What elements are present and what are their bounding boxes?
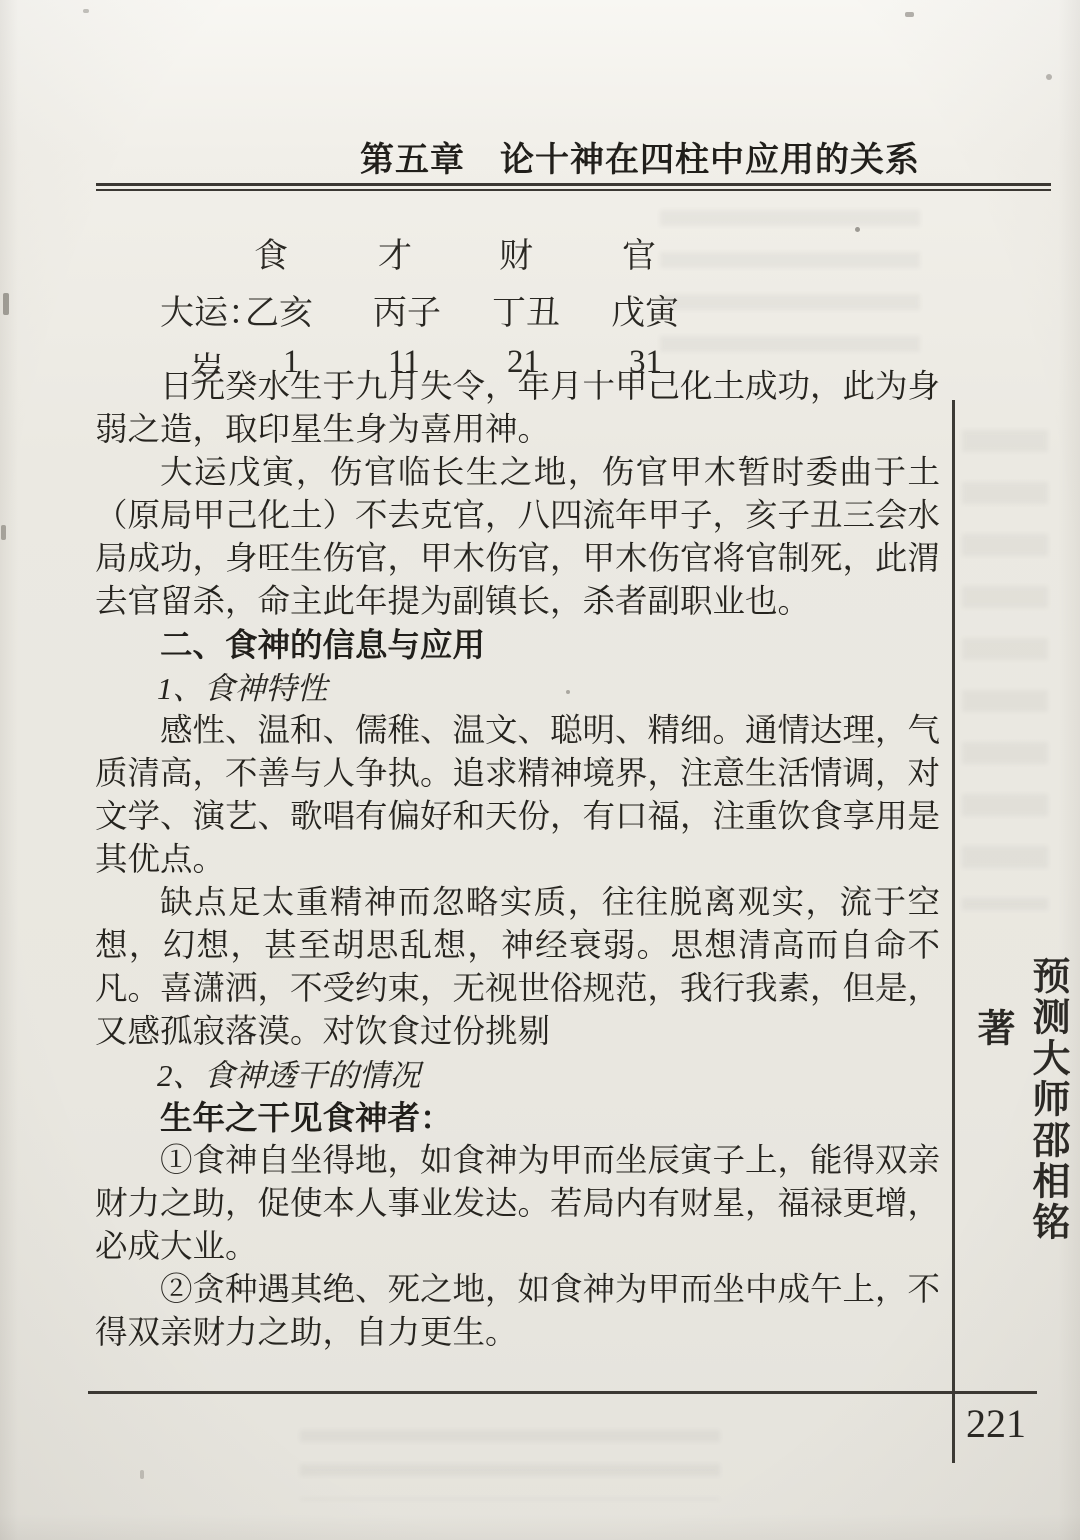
body-text: 日元癸水生于九月失令，年月十甲己化土成功，此为身弱之造，取印星生身为喜用神。 大… xyxy=(95,366,940,1355)
scan-speck xyxy=(140,1470,144,1479)
bleed-through-artifact xyxy=(300,1430,720,1500)
paragraph-day-master: 日元癸水生于九月失令，年月十甲己化土成功，此为身弱之造，取印星生身为喜用神。 xyxy=(95,366,940,452)
bleed-through-artifact xyxy=(660,210,920,360)
book-page: 第五章 论十神在四柱中应用的关系 食 才 财 官 大运： 乙亥 丙子 丁丑 戊寅… xyxy=(0,0,1080,1540)
author-name: 预测大师邵相铭 xyxy=(1026,956,1071,1243)
scan-speck xyxy=(83,9,89,13)
section-heading: 二、食神的信息与应用 xyxy=(95,624,940,667)
scan-speck xyxy=(905,12,914,17)
bazi-pillar-1: 乙亥 xyxy=(245,285,313,334)
subsection-heading-2: 2、食神透干的情况 xyxy=(95,1054,940,1097)
scan-speck xyxy=(3,293,9,315)
paragraph-dayun-analysis: 大运戊寅，伤官临长生之地，伤官甲木暂时委曲于土（原局甲己化土）不去克官，八四流年… xyxy=(95,452,940,624)
author-suffix: 著 xyxy=(971,1008,1016,1049)
bazi-star-2: 才 xyxy=(378,228,412,277)
scan-speck xyxy=(1,525,6,540)
paragraph-traits: 感性、温和、儒稚、温文、聪明、精细。通情达理，气质清高，不善与人争执。追求精神境… xyxy=(95,710,940,882)
scan-speck xyxy=(1046,74,1052,80)
header-rule-bottom xyxy=(96,189,1051,191)
bazi-pillar-3: 丁丑 xyxy=(492,285,560,334)
bazi-pillar-4: 戊寅 xyxy=(611,285,679,334)
page-number: 221 xyxy=(966,1400,1050,1447)
paragraph-item-2: ②贪种遇其绝、死之地，如食神为甲而坐中成午上，不得双亲财力之助，自力更生。 xyxy=(95,1269,940,1355)
footer-rule xyxy=(88,1391,1037,1394)
bazi-star-4: 官 xyxy=(622,228,656,277)
margin-vertical-rule xyxy=(952,400,955,1463)
subsection-heading-1: 1、食神特性 xyxy=(95,667,940,710)
chapter-title: 第五章 论十神在四柱中应用的关系 xyxy=(200,132,1080,181)
sidebar-author: 预测大师邵相铭 著 xyxy=(966,956,1076,1376)
header-rule-top xyxy=(96,183,1051,186)
paragraph-weaknesses: 缺点足太重精神而忽略实质，往往脱离观实，流于空想，幻想，甚至胡思乱想，神经衰弱。… xyxy=(95,882,940,1054)
lead-line: 生年之干见食神者： xyxy=(95,1097,940,1140)
paragraph-item-1: ①食神自坐得地，如食神为甲而坐辰寅子上，能得双亲财力之助，促使本人事业发达。若局… xyxy=(95,1140,940,1269)
bleed-through-artifact xyxy=(962,430,1048,910)
bazi-star-1: 食 xyxy=(254,228,288,277)
bazi-pillar-2: 丙子 xyxy=(373,285,441,334)
bazi-star-3: 财 xyxy=(499,228,533,277)
scan-speck xyxy=(855,227,860,232)
